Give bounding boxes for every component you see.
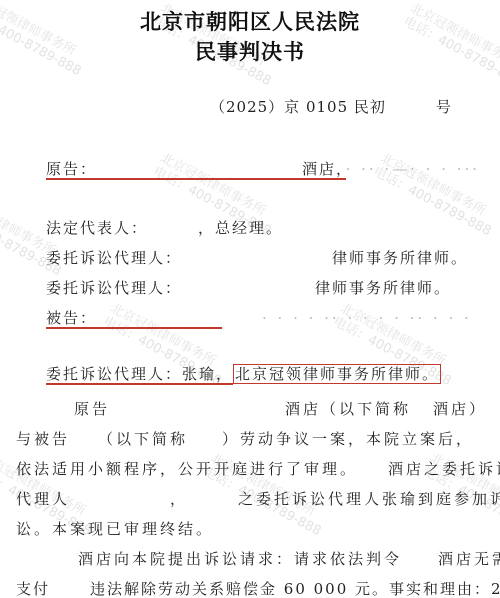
case-number-prefix: （2025）京 0105 民初 <box>210 98 386 116</box>
body-text: 之委托诉讼代理人张瑜到庭参加诉 <box>238 490 500 508</box>
body-line-5: 讼。本案现已审理终结。 <box>16 518 214 539</box>
agent1-firm: 律师事务所律师。 <box>332 249 468 267</box>
case-number: （2025）京 0105 民初号 <box>210 96 452 117</box>
body-text: 讼。本案现已审理终结。 <box>16 520 214 538</box>
body-text: 酒店（以下简称 <box>285 400 411 418</box>
body-text: 酒店无需 <box>438 550 500 568</box>
defendant-label: 被告： <box>46 309 97 327</box>
plaintiff-label: 原告： <box>46 160 97 178</box>
plaintiff-name: 酒店， <box>302 160 346 178</box>
plaintiff-address-redacted: · ·· ·—· · · ··· <box>346 160 481 178</box>
defendant-highlight: 被告： <box>46 309 222 329</box>
legal-rep-line: 法定代表人：，总经理。 <box>46 217 283 238</box>
body-text: （以下简称 <box>98 430 188 448</box>
body-text: 违法解除劳动关系赔偿金 60 000 元。事实和理由：2019 <box>90 580 500 598</box>
body-text: 依法适用小额程序，公开开庭进行了审理。 <box>16 460 358 478</box>
body-line-1: 原告酒店（以下简称酒店） <box>46 398 487 419</box>
body-text: 支付 <box>16 580 50 598</box>
plaintiff-highlight: 原告：酒店， <box>46 160 346 180</box>
body-text: 酒店向本院提出诉讼请求：请求依法判令 <box>78 550 402 568</box>
body-line-3: 依法适用小额程序，公开开庭进行了审理。酒店之委托诉讼 <box>16 458 500 479</box>
body-text: 代理人 <box>16 490 70 508</box>
agent2-label: 委托诉讼代理人： <box>46 279 182 297</box>
body-line-7: 支付违法解除劳动关系赔偿金 60 000 元。事实和理由：2019 <box>16 578 500 598</box>
agent1-line: 委托诉讼代理人：律师事务所律师。 <box>46 247 468 268</box>
body-text: 原告 <box>74 400 110 418</box>
body-text: 酒店） <box>433 400 487 418</box>
body-line-2: 与被告（以下简称）劳动争议一案，本院立案后， <box>16 428 474 449</box>
legal-rep-title: ，总经理。 <box>198 219 283 237</box>
plaintiff-line: 原告：酒店，· ·· ·—· · · ··· <box>46 158 480 179</box>
document-type: 民事判决书 <box>0 36 500 66</box>
legal-rep-label: 法定代表人： <box>46 219 148 237</box>
body-text: 与被告 <box>16 430 70 448</box>
agent2-firm: 律师事务所律师。 <box>315 279 451 297</box>
body-line-6: 酒店向本院提出诉讼请求：请求依法判令酒店无需 <box>16 548 500 569</box>
defendant-agent-label: 委托诉讼代理人：张瑜， <box>46 365 233 385</box>
agent2-line: 委托诉讼代理人：律师事务所律师。 <box>46 277 451 298</box>
defendant-agent-line: 委托诉讼代理人：张瑜，北京冠领律师事务所律师。 <box>46 363 441 384</box>
body-text: 酒店之委托诉讼 <box>388 460 500 478</box>
case-number-suffix: 号 <box>436 98 452 116</box>
defendant-address-redacted: · · · · ·· · · · · ·· · · · <box>262 309 472 327</box>
body-line-4: 代理人，之委托诉讼代理人张瑜到庭参加诉 <box>16 488 500 509</box>
court-name: 北京市朝阳区人民法院 <box>0 6 500 36</box>
defendant-agent-firm: 北京冠领律师事务所律师。 <box>233 364 441 384</box>
body-text: ）劳动争议一案，本院立案后， <box>222 430 474 448</box>
agent1-label: 委托诉讼代理人： <box>46 249 182 267</box>
body-text: ， <box>170 490 188 508</box>
defendant-line: 被告：· · · · ·· · · · · ·· · · · <box>46 307 472 328</box>
